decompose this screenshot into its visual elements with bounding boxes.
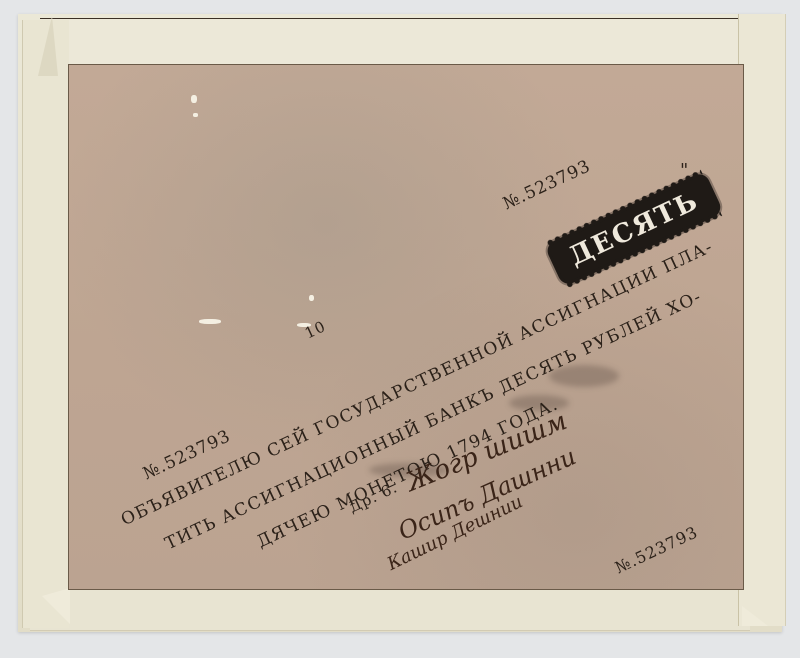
serial-number-bottom: №.523793 — [612, 522, 701, 577]
denomination-number: 10 — [302, 317, 329, 342]
quote-mark: " — [680, 160, 688, 181]
banknote-print: №.523793 10 №.523793 ОБЪЯВИТЕЛЮ СЕЙ ГОСУ… — [0, 0, 800, 658]
denomination-seal: ДЕСЯТЬ — [548, 175, 720, 284]
serial-number-top: №.523793 — [500, 156, 594, 214]
